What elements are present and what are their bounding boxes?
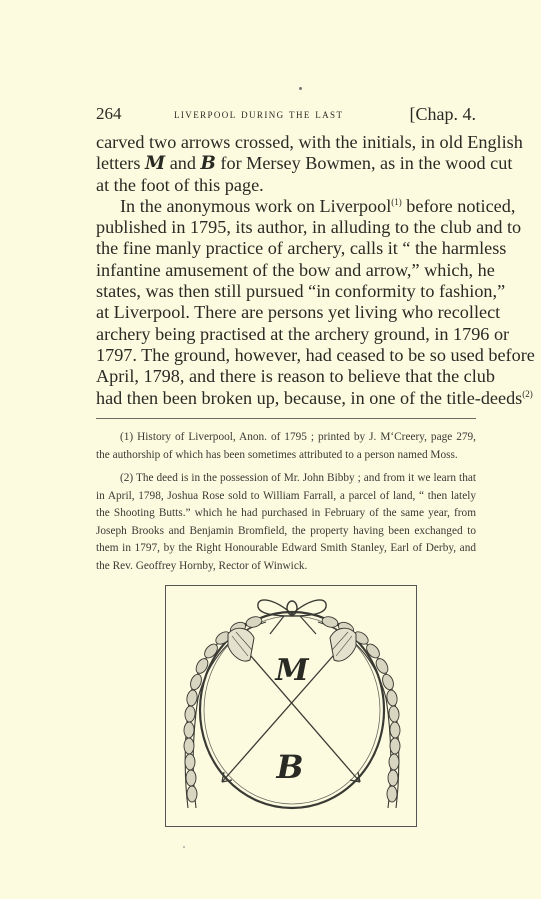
- text-line: letters M and B for Mersey Bowmen, as in…: [96, 153, 474, 174]
- footnote-line: (2) The deed is in the possession of Mr.…: [96, 470, 476, 488]
- wreath-arrows-icon: M B: [166, 586, 416, 826]
- footnote-line: the Rev. Geoffrey Hornby, Rector of Winw…: [96, 558, 476, 576]
- footnotes: (1) History of Liverpool, Anon. of 1795 …: [96, 429, 476, 575]
- footnote-line: in April, 1798, Joshua Rose sold to Will…: [96, 488, 476, 506]
- blackletter-b: B: [201, 153, 216, 174]
- ink-speck: [299, 87, 302, 90]
- footnote-ref: (1): [391, 197, 402, 207]
- footnote-line: (1) History of Liverpool, Anon. of 1795 …: [96, 429, 476, 447]
- page-number: 264: [96, 104, 122, 124]
- running-header: 264 LIVERPOOL DURING THE LAST [Chap. 4.: [96, 104, 476, 126]
- running-title: LIVERPOOL DURING THE LAST: [174, 107, 343, 122]
- book-page: 264 LIVERPOOL DURING THE LAST [Chap. 4. …: [0, 0, 541, 899]
- svg-text:M: M: [274, 653, 309, 688]
- footnote-line: the authorship of which has been sometim…: [96, 447, 476, 465]
- body-text: carved two arrows crossed, with the init…: [96, 132, 474, 409]
- text-line: carved two arrows crossed, with the init…: [96, 132, 474, 153]
- blackletter-m: M: [145, 153, 165, 174]
- footnote-line: them in 1797, by the Right Honourable Ed…: [96, 540, 476, 558]
- text-line: at Liverpool. There are persons yet livi…: [96, 302, 474, 323]
- text-line: 1797. The ground, however, had ceased to…: [96, 345, 474, 366]
- footnote-divider: [96, 418, 476, 419]
- text-line: at the foot of this page.: [96, 175, 474, 196]
- footnote-line: Joseph Brooks and Benjamin Bromfield, th…: [96, 523, 476, 541]
- footnote-ref: (2): [522, 389, 533, 399]
- ink-speck: [183, 846, 185, 848]
- text-line: April, 1798, and there is reason to beli…: [96, 366, 474, 387]
- footnote-line: the Shooting Butts.” which he had purcha…: [96, 505, 476, 523]
- text-line: had then been broken up, because, in one…: [96, 388, 474, 409]
- svg-text:B: B: [275, 748, 303, 786]
- text-line: published in 1795, its author, in alludi…: [96, 217, 474, 238]
- text-line: In the anonymous work on Liverpool(1) be…: [96, 196, 474, 217]
- woodcut-illustration: M B: [165, 585, 417, 827]
- text-line: archery being practised at the archery g…: [96, 324, 474, 345]
- text-line: the fine manly practice of archery, call…: [96, 238, 474, 259]
- text-line: states, was then still pursued “in confo…: [96, 281, 474, 302]
- text-line: infantine amusement of the bow and arrow…: [96, 260, 474, 281]
- chapter-label: [Chap. 4.: [410, 104, 477, 125]
